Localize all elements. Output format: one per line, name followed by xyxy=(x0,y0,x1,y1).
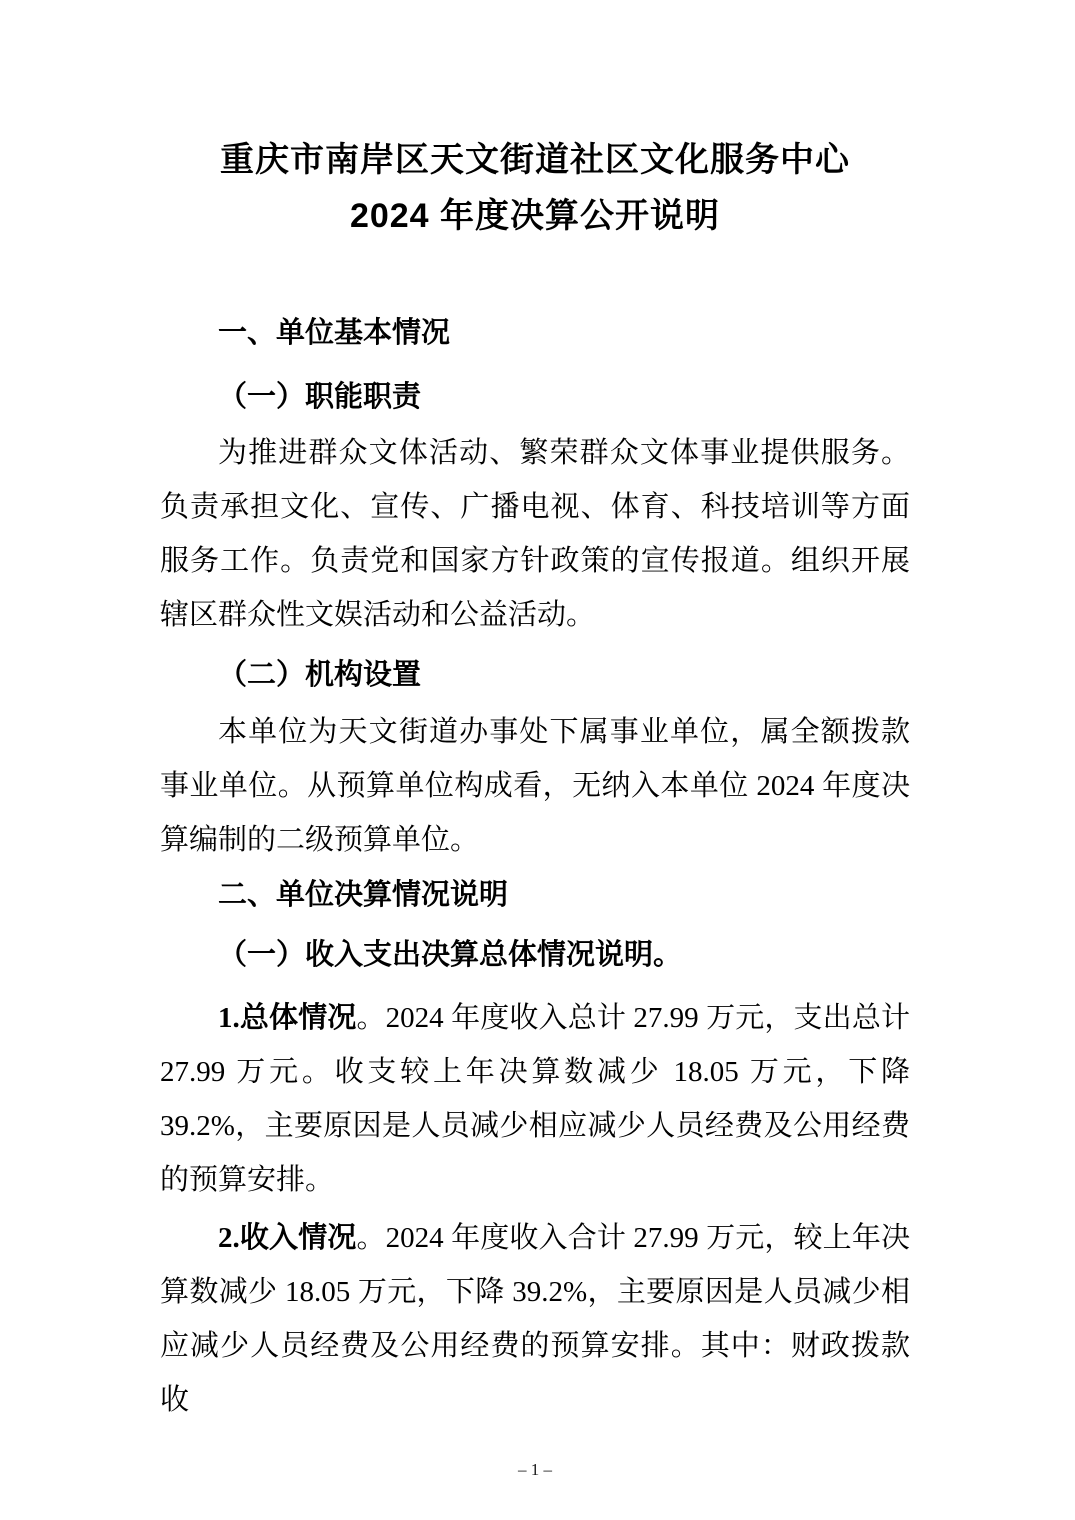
section2-item2-paragraph: 2.收入情况。2024 年度收入合计 27.99 万元，较上年决算数减少 18.… xyxy=(160,1211,910,1427)
document-content: 重庆市南岸区天文街道社区文化服务中心 2024 年度决算公开说明 一、单位基本情… xyxy=(0,0,1075,1480)
footer-page-number: – 1 – xyxy=(160,1460,910,1480)
document-title-line1: 重庆市南岸区天文街道社区文化服务中心 xyxy=(160,134,910,186)
section1-sub2-heading: （二）机构设置 xyxy=(160,648,910,702)
document-title-line2: 2024 年度决算公开说明 xyxy=(160,190,910,242)
section2-heading: 二、单位决算情况说明 xyxy=(160,868,910,922)
section1-heading: 一、单位基本情况 xyxy=(160,306,910,360)
section2-sub1-heading: （一）收入支出决算总体情况说明。 xyxy=(160,928,910,982)
section2-item1-lead: 1.总体情况 xyxy=(218,1002,357,1034)
section1-sub1-paragraph: 为推进群众文体活动、繁荣群众文体事业提供服务。负责承担文化、宣传、广播电视、体育… xyxy=(160,426,910,642)
section1-sub1-heading: （一）职能职责 xyxy=(160,370,910,424)
document-page: 重庆市南岸区天文街道社区文化服务中心 2024 年度决算公开说明 一、单位基本情… xyxy=(0,0,1075,1520)
section2-item2-lead: 2.收入情况 xyxy=(218,1222,357,1254)
section2-item1-paragraph: 1.总体情况。2024 年度收入总计 27.99 万元，支出总计 27.99 万… xyxy=(160,991,910,1207)
section1-sub2-paragraph: 本单位为天文街道办事处下属事业单位，属全额拨款事业单位。从预算单位构成看，无纳入… xyxy=(160,705,910,867)
